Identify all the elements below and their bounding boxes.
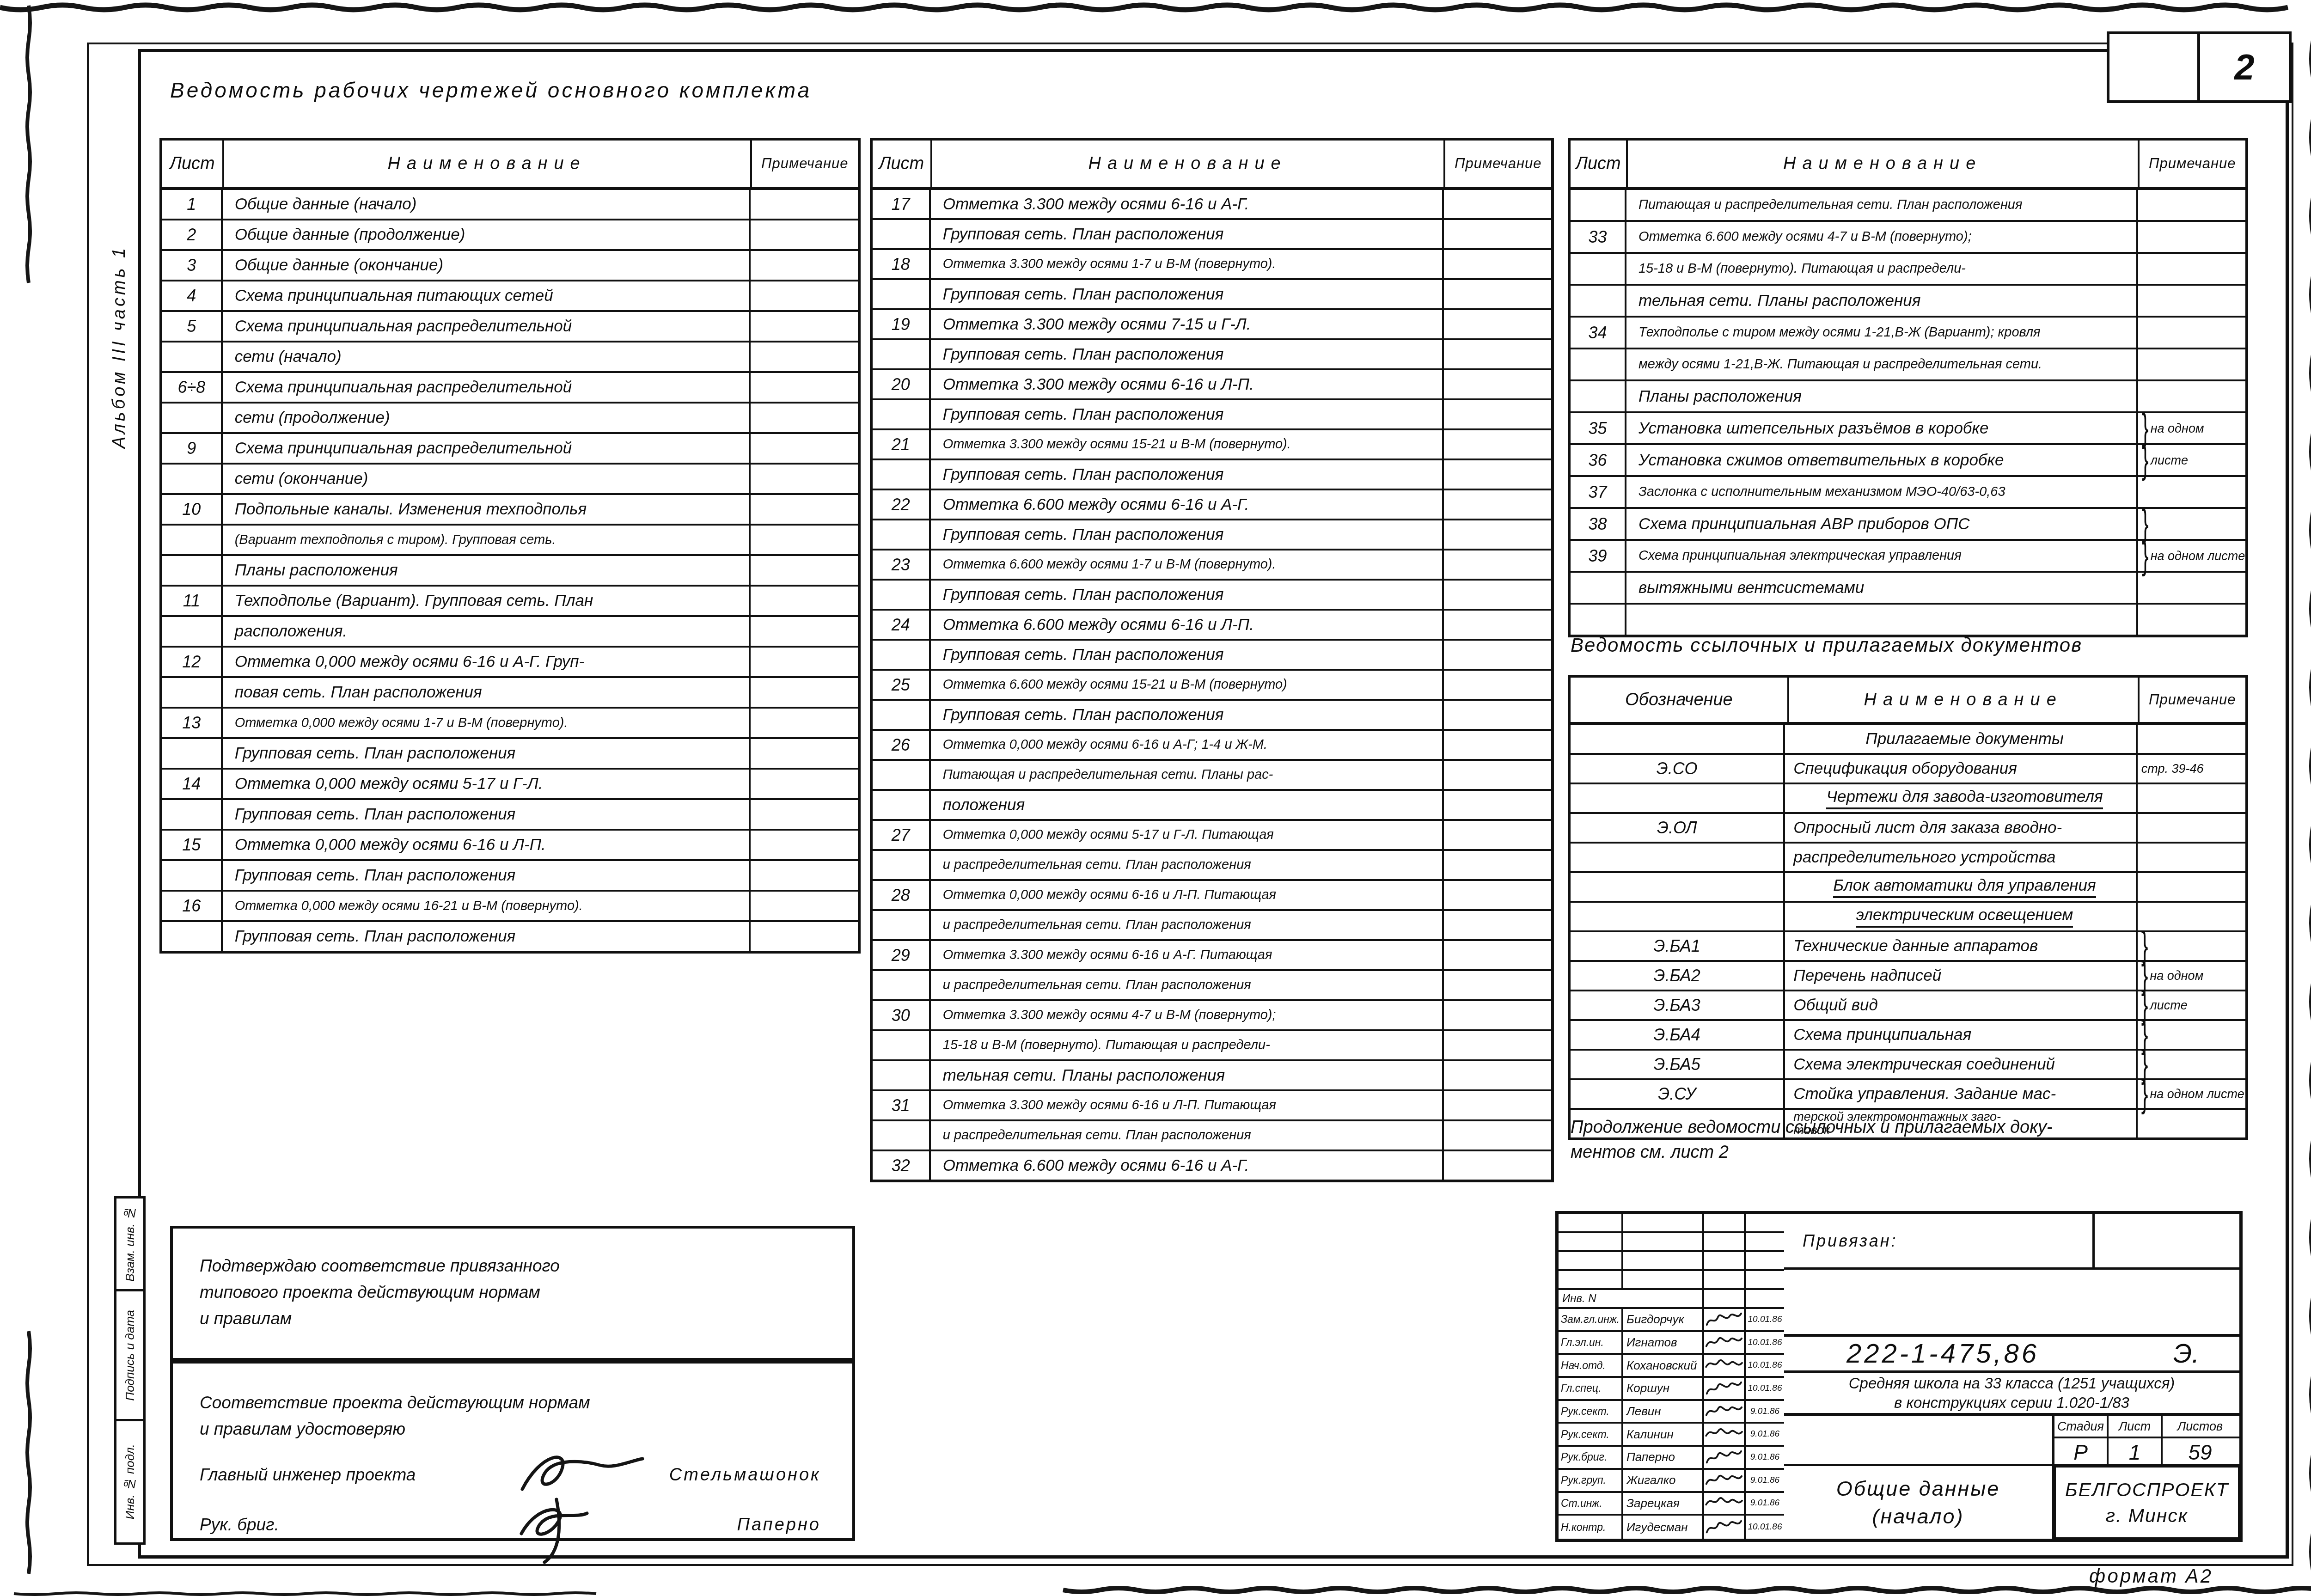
note-cell xyxy=(2138,784,2245,812)
row-text: Схема принципиальная распределительной xyxy=(235,378,572,397)
note-cell xyxy=(1444,310,1551,338)
table-row: 12Отметка 0,000 между осями 6-16 и А-Г. … xyxy=(162,648,858,678)
table-row: распределительного устройства xyxy=(1571,844,2245,873)
table-row: 39Схема принципиальная электрическая упр… xyxy=(1571,541,2245,573)
note-cell xyxy=(751,495,858,524)
sheet-number-cell: 18 xyxy=(873,250,931,278)
table-row: Групповая сеть. План расположения xyxy=(162,922,858,951)
table-row: 19Отметка 3.300 между осями 7-15 и Г-Л. xyxy=(873,310,1551,340)
sheet-number-cell xyxy=(873,460,931,489)
sheet-label: Лист xyxy=(2109,1416,2163,1437)
continuation-note: Продолжение ведомости ссылочных и прилаг… xyxy=(1571,1115,2264,1165)
signature-icon xyxy=(1705,1356,1743,1375)
sheet-number-cell: 39 xyxy=(1571,541,1626,571)
signer-role: Рук.груп. xyxy=(1559,1470,1623,1491)
row-text: Схема принципиальная АВР приборов ОПС xyxy=(1638,515,1970,533)
note-cell xyxy=(1444,250,1551,278)
name-cell: Групповая сеть. План расположения xyxy=(223,800,751,829)
table-row: 15-18 и В-М (повернуто). Питающая и расп… xyxy=(873,1031,1551,1061)
name-cell: Схема принципиальная распределительной xyxy=(223,373,751,402)
note-cell xyxy=(1444,941,1551,969)
table-row: сети (окончание) xyxy=(162,465,858,495)
row-text: Групповая сеть. План расположения xyxy=(943,345,1224,364)
signer-name: Кохановский xyxy=(1623,1355,1704,1376)
note-cell xyxy=(1444,430,1551,459)
note-cell: }на одном xyxy=(2138,962,2245,990)
side-label: Взам. инв. № xyxy=(123,1206,137,1282)
name-cell: между осями 1-21,В-Ж. Питающая и распред… xyxy=(1626,349,2138,379)
note-cell xyxy=(751,190,858,219)
name-cell: Схема принципиальная распределительной xyxy=(223,312,751,341)
table-row: Питающая и распределительная сети. План … xyxy=(1571,190,2245,222)
table-row: Групповая сеть. План расположения xyxy=(873,641,1551,671)
row-text: Отметка 6.600 между осями 6-16 и А-Г. xyxy=(943,1156,1249,1175)
sheet-number-cell xyxy=(162,404,223,432)
row-text: Групповая сеть. План расположения xyxy=(943,225,1224,244)
stamp-signature-row: Н.контр.Игудесман 10.01.86 xyxy=(1559,1516,1784,1539)
table-row: Групповая сеть. План расположения xyxy=(873,400,1551,430)
sheet-number-cell xyxy=(873,1031,931,1059)
row-text: Техподполье с тиром между осями 1-21,В-Ж… xyxy=(1638,325,2041,340)
table-row: 11Техподполье (Вариант). Групповая сеть.… xyxy=(162,587,858,617)
approval-box-project-norms: Соответствие проекта действующим нормам … xyxy=(170,1361,855,1541)
row-text: Групповая сеть. План расположения xyxy=(943,405,1224,424)
stamp-signature-row: Рук.сект.Калинин 9.01.86 xyxy=(1559,1424,1784,1447)
sheet-number-cell xyxy=(1571,903,1785,930)
note-cell xyxy=(1444,761,1551,789)
signature-icon xyxy=(1705,1402,1743,1421)
table-row: Блок автоматики для управления xyxy=(1571,873,2245,903)
stamp-signature-row: Гл.спец.Коршун 10.01.86 xyxy=(1559,1378,1784,1401)
sheet-number-cell: Э.СО xyxy=(1571,755,1785,783)
note-cell xyxy=(751,465,858,493)
row-text: Общие данные (начало) xyxy=(235,195,417,214)
sheet-number-cell: 16 xyxy=(162,892,223,920)
note-cell xyxy=(2138,222,2245,252)
revision-row xyxy=(1559,1233,1784,1252)
stage-sheet-header: Стадия Лист Листов xyxy=(2054,1416,2239,1438)
name-cell: Отметка 0,000 между осями 5-17 и Г-Л. Пи… xyxy=(931,821,1444,849)
name-cell: Отметка 6.600 между осями 6-16 и Л-П. xyxy=(931,611,1444,639)
name-cell: Групповая сеть. План расположения xyxy=(931,460,1444,489)
page-number-box-empty xyxy=(2107,31,2200,103)
note-cell xyxy=(1444,460,1551,489)
side-label: Подпись и дата xyxy=(123,1310,137,1401)
note-cell xyxy=(1444,370,1551,398)
revision-row xyxy=(1559,1271,1784,1290)
row-text: Групповая сеть. План расположения xyxy=(943,465,1224,484)
sheet-number-cell: Э.БА4 xyxy=(1571,1021,1785,1049)
name-cell: Групповая сеть. План расположения xyxy=(931,641,1444,669)
name-cell: Отметка 0,000 между осями 6-16 и А-Г. Гр… xyxy=(223,648,751,676)
row-text: Отметка 3.300 между осями 6-16 и А-Г. xyxy=(943,195,1249,214)
row-text: 15-18 и В-М (повернуто). Питающая и расп… xyxy=(1638,261,1966,276)
sheet-number-cell: 24 xyxy=(873,611,931,639)
table-row: 5Схема принципиальная распределительной xyxy=(162,312,858,342)
name-cell: 15-18 и В-М (повернуто). Питающая и расп… xyxy=(931,1031,1444,1059)
sheet-number-cell xyxy=(162,739,223,768)
note-cell xyxy=(1444,520,1551,549)
torn-edge-line xyxy=(0,5,2288,10)
name-cell: Технические данные аппаратов xyxy=(1785,932,2137,960)
column-header: Лист xyxy=(873,141,932,187)
signer-name: Игнатов xyxy=(1623,1332,1704,1353)
sheets-label: Листов xyxy=(2163,1416,2238,1437)
table-row xyxy=(1571,605,2245,635)
note-cell xyxy=(751,800,858,829)
table-row: 1Общие данные (начало) xyxy=(162,190,858,220)
note-cell xyxy=(1444,971,1551,999)
row-text: Групповая сеть. План расположения xyxy=(235,927,516,946)
sheet-number-cell: 5 xyxy=(162,312,223,341)
stamp-signature-row: Гл.эл.ин.Игнатов 10.01.86 xyxy=(1559,1332,1784,1355)
table-row: 25Отметка 6.600 между осями 15-21 и В-М … xyxy=(873,671,1551,701)
name-cell: Групповая сеть. План расположения xyxy=(223,861,751,890)
name-cell: и распределительная сети. План расположе… xyxy=(931,851,1444,879)
table-row: 31Отметка 3.300 между осями 6-16 и Л-П. … xyxy=(873,1091,1551,1121)
signature-icon xyxy=(1704,1493,1746,1514)
approval-text-line: и правилам удостоверяю xyxy=(200,1416,825,1442)
table-row: 26Отметка 0,000 между осями 6-16 и А-Г; … xyxy=(873,731,1551,761)
sheet-number-cell: 12 xyxy=(162,648,223,676)
bound-label: Привязан: xyxy=(1803,1231,1898,1251)
column-header: Наименование xyxy=(224,141,752,187)
sheet-number-cell: 32 xyxy=(873,1151,931,1180)
revision-cell xyxy=(1559,1252,1623,1269)
table-row: Питающая и распределительная сети. Планы… xyxy=(873,761,1551,791)
row-text: Опросный лист для заказа вводно- xyxy=(1793,819,2062,837)
stage-sheet-cell: Стадия Лист Листов Р 1 59 xyxy=(2054,1416,2239,1466)
sheet-number-cell xyxy=(873,1121,931,1150)
signature-date: 10.01.86 xyxy=(1746,1309,1784,1330)
note-cell xyxy=(2138,903,2245,930)
note-cell: } xyxy=(2138,509,2245,539)
object-name-line: в конструкциях серии 1.020-1/83 xyxy=(1894,1393,2129,1413)
name-cell: вытяжными вентсистемами xyxy=(1626,573,2138,603)
signature-icon xyxy=(1705,1333,1743,1352)
stamp-signature-row: Ст.инж.Зарецкая 9.01.86 xyxy=(1559,1493,1784,1516)
table-row: 29Отметка 3.300 между осями 6-16 и А-Г. … xyxy=(873,941,1551,971)
sheet-number-cell xyxy=(162,526,223,554)
table-row: и распределительная сети. План расположе… xyxy=(873,911,1551,941)
row-text: Отметка 3.300 между осями 6-16 и Л-П. xyxy=(943,375,1254,394)
note-cell: }листе xyxy=(2138,445,2245,475)
table-header-row: ЛистНаименованиеПримечание xyxy=(1571,141,2245,190)
name-cell: Отметка 6.600 между осями 15-21 и В-М (п… xyxy=(931,671,1444,699)
sheet-number-cell: 37 xyxy=(1571,477,1626,507)
signer-role: Рук.бриг. xyxy=(1559,1447,1623,1468)
table-row: между осями 1-21,В-Ж. Питающая и распред… xyxy=(1571,349,2245,381)
table-row: Прилагаемые документы xyxy=(1571,725,2245,755)
row-text: Общие данные (окончание) xyxy=(235,256,443,275)
note-cell xyxy=(2138,844,2245,871)
name-cell: и распределительная сети. План расположе… xyxy=(931,1121,1444,1150)
table-row: 33Отметка 6.600 между осями 4-7 и В-М (п… xyxy=(1571,222,2245,254)
row-text: положения xyxy=(943,796,1025,814)
row-text: Отметка 6.600 между осями 15-21 и В-М (п… xyxy=(943,677,1287,692)
sheet-number-cell: Э.СУ xyxy=(1571,1080,1785,1108)
row-text: Подпольные каналы. Изменения техподполья xyxy=(235,500,587,519)
signer-name: Левин xyxy=(1623,1401,1704,1422)
note-text: на одном листе xyxy=(2150,1088,2244,1101)
sheet-number-cell xyxy=(162,556,223,585)
signature-icon xyxy=(1704,1424,1746,1445)
column-header: Лист xyxy=(1571,141,1628,187)
signer-name: Калинин xyxy=(1623,1424,1704,1445)
row-text: и распределительная сети. План расположе… xyxy=(943,1128,1251,1143)
column-header: Наименование xyxy=(932,141,1445,187)
side-label: Инв. № подл. xyxy=(123,1444,137,1519)
table-row: расположения. xyxy=(162,617,858,648)
sheet-number-cell: 3 xyxy=(162,251,223,280)
note-cell xyxy=(2138,254,2245,284)
sheet-number-cell: 36 xyxy=(1571,445,1626,475)
name-cell: Отметка 3.300 между осями 6-16 и А-Г. Пи… xyxy=(931,941,1444,969)
sheet-number-cell xyxy=(873,791,931,819)
table-row: 28Отметка 0,000 между осями 6-16 и Л-П. … xyxy=(873,881,1551,911)
column-header: Лист xyxy=(162,141,224,187)
row-text: повая сеть. План расположения xyxy=(235,683,482,702)
note-cell xyxy=(1444,1061,1551,1089)
row-text: Групповая сеть. План расположения xyxy=(235,744,516,763)
table-row: Групповая сеть. План расположения xyxy=(873,220,1551,250)
sheet-number-cell: Э.БА1 xyxy=(1571,932,1785,960)
note-text: на одном xyxy=(2150,969,2203,982)
name-cell: Чертежи для завода-изготовителя xyxy=(1785,784,2137,812)
revision-cell xyxy=(1704,1252,1746,1269)
name-cell: Отметка 3.300 между осями 6-16 и Л-П. Пи… xyxy=(931,1091,1444,1119)
name-cell: Перечень надписей xyxy=(1785,962,2137,990)
name-cell: тельная сети. Планы расположения xyxy=(931,1061,1444,1089)
row-text: Схема электрическая соединений xyxy=(1793,1055,2055,1074)
torn-edge-line xyxy=(1063,1588,2311,1592)
table-row: 14Отметка 0,000 между осями 5-17 и Г-Л. xyxy=(162,770,858,800)
signer-row: Главный инженер проекта Стельмашонок xyxy=(200,1458,825,1492)
sheet-number-cell xyxy=(873,340,931,368)
revision-cell xyxy=(1746,1214,1784,1231)
sheet-number-cell: 22 xyxy=(873,490,931,519)
name-cell: Питающая и распределительная сети. Планы… xyxy=(931,761,1444,789)
table-row: 17Отметка 3.300 между осями 6-16 и А-Г. xyxy=(873,190,1551,220)
signer-role: Зам.гл.инж. xyxy=(1559,1309,1623,1330)
name-cell: Отметка 3.300 между осями 7-15 и Г-Л. xyxy=(931,310,1444,338)
row-text: Отметка 6.600 между осями 1-7 и В-М (пов… xyxy=(943,557,1276,572)
name-cell: Групповая сеть. План расположения xyxy=(931,400,1444,428)
row-text: между осями 1-21,В-Ж. Питающая и распред… xyxy=(1638,357,2042,372)
note-cell xyxy=(751,281,858,310)
table-row: 18Отметка 3.300 между осями 1-7 и В-М (п… xyxy=(873,250,1551,280)
table-row: и распределительная сети. План расположе… xyxy=(873,851,1551,881)
note-cell xyxy=(751,587,858,615)
sheet-number-cell: 14 xyxy=(162,770,223,798)
sheet-number-cell xyxy=(873,280,931,308)
table-row: Групповая сеть. План расположения xyxy=(873,340,1551,370)
signature-date: 9.01.86 xyxy=(1746,1424,1784,1445)
revision-cell xyxy=(1746,1252,1784,1269)
signer-role: Рук.сект. xyxy=(1559,1401,1623,1422)
group-brace-icon: } xyxy=(2142,438,2149,482)
name-cell: Техподполье (Вариант). Групповая сеть. П… xyxy=(223,587,751,615)
revision-row: Инв. N xyxy=(1559,1290,1784,1309)
note-cell xyxy=(2138,873,2245,901)
table-row: 30Отметка 3.300 между осями 4-7 и В-М (п… xyxy=(873,1001,1551,1031)
note-cell xyxy=(1444,581,1551,609)
row-text: Отметка 0,000 между осями 6-16 и Л-П. xyxy=(235,836,546,854)
row-text: Групповая сеть. План расположения xyxy=(235,805,516,824)
table-row: Планы расположения xyxy=(162,556,858,587)
drawing-sheet: 2 Альбом III часть 1 Взам. инв. № Подпис… xyxy=(0,0,2311,1596)
row-text: Чертежи для завода-изготовителя xyxy=(1826,788,2103,809)
name-cell: Групповая сеть. План расположения xyxy=(931,520,1444,549)
sheet-number-cell xyxy=(1571,844,1785,871)
table-header-row: ОбозначениеНаименованиеПримечание xyxy=(1571,678,2245,725)
note-cell xyxy=(1444,701,1551,729)
signature-icon xyxy=(514,1495,620,1564)
name-cell: распределительного устройства xyxy=(1785,844,2137,871)
note-cell xyxy=(751,739,858,768)
name-cell: Отметка 0,000 между осями 6-16 и Л-П. xyxy=(223,831,751,859)
note-cell: } xyxy=(2138,1051,2245,1078)
approval-text-line: Подтверждаю соответствие привязанного xyxy=(200,1253,825,1279)
signature-icon xyxy=(1704,1332,1746,1353)
row-text: сети (продолжение) xyxy=(235,409,390,427)
name-cell: Общий вид xyxy=(1785,991,2137,1019)
row-text: Отметка 0,000 между осями 6-16 и А-Г. Гр… xyxy=(235,653,585,671)
note-cell xyxy=(751,922,858,951)
note-cell xyxy=(1444,641,1551,669)
stage-sheet-values: Р 1 59 xyxy=(2054,1438,2239,1466)
sheet-number-cell xyxy=(162,678,223,707)
sheet-number-cell xyxy=(873,761,931,789)
page-number: 2 xyxy=(2234,46,2254,88)
name-cell: Спецификация оборудования xyxy=(1785,755,2137,783)
revision-cell xyxy=(1746,1233,1784,1250)
sheet-number-cell: Э.БА3 xyxy=(1571,991,1785,1019)
stamp-signature-row: Нач.отд.Кохановский 10.01.86 xyxy=(1559,1355,1784,1378)
sheet-number-cell: 20 xyxy=(873,370,931,398)
signer-name: Коршун xyxy=(1623,1378,1704,1399)
note-text: стр. 39-46 xyxy=(2141,762,2204,775)
signature-date: 10.01.86 xyxy=(1746,1378,1784,1399)
revision-cell xyxy=(1559,1271,1623,1288)
table-row: 20Отметка 3.300 между осями 6-16 и Л-П. xyxy=(873,370,1551,400)
name-cell: и распределительная сети. План расположе… xyxy=(931,911,1444,939)
side-box-vzam-inv: Взам. инв. № xyxy=(114,1196,146,1291)
note-cell: } xyxy=(2138,1021,2245,1049)
row-text: Общие данные (продолжение) xyxy=(235,226,465,244)
column-header: Наименование xyxy=(1789,678,2140,722)
note-cell xyxy=(1444,851,1551,879)
note-cell xyxy=(1444,731,1551,759)
table-row: 24Отметка 6.600 между осями 6-16 и Л-П. xyxy=(873,611,1551,641)
table-row: Групповая сеть. План расположения xyxy=(162,739,858,770)
note-cell xyxy=(751,526,858,554)
side-box-podpis-data: Подпись и дата xyxy=(114,1289,146,1421)
revision-grid: Инв. N xyxy=(1559,1214,1784,1309)
name-cell: Общие данные (продолжение) xyxy=(223,220,751,249)
name-cell: Техподполье с тиром между осями 1-21,В-Ж… xyxy=(1626,318,2138,348)
stamp-signature-row: Рук.бриг.Паперно 9.01.86 xyxy=(1559,1447,1784,1470)
note-cell xyxy=(751,831,858,859)
row-text: и распределительная сети. План расположе… xyxy=(943,978,1251,993)
empty-cell xyxy=(2095,1214,2239,1270)
revision-row xyxy=(1559,1252,1784,1271)
table-row: 22Отметка 6.600 между осями 6-16 и А-Г. xyxy=(873,490,1551,520)
revision-cell xyxy=(1623,1233,1704,1250)
signer-name: Паперно xyxy=(1623,1447,1704,1468)
table-row: Групповая сеть. План расположения xyxy=(873,520,1551,550)
note-cell: стр. 39-46 xyxy=(2138,755,2245,783)
sheet-number-cell xyxy=(1571,286,1626,316)
row-text: Групповая сеть. План расположения xyxy=(235,866,516,885)
sheet-number-cell: 31 xyxy=(873,1091,931,1119)
note-text: на одном xyxy=(2151,422,2204,435)
sheet-number-cell xyxy=(162,861,223,890)
table-row: 15-18 и В-М (повернуто). Питающая и расп… xyxy=(1571,254,2245,286)
signer-role: Ст.инж. xyxy=(1559,1493,1623,1514)
column-header: Примечание xyxy=(2140,678,2245,722)
album-side-label: Альбом III часть 1 xyxy=(105,69,133,624)
signer-name: Жигалко xyxy=(1623,1470,1704,1491)
note-cell xyxy=(2138,605,2245,635)
name-cell: Общие данные (окончание) xyxy=(223,251,751,280)
note-cell xyxy=(751,648,858,676)
worksheet-index-table-3: ЛистНаименованиеПримечаниеПитающая и рас… xyxy=(1568,138,2248,637)
continuation-note-line: ментов см. лист 2 xyxy=(1571,1140,2264,1165)
sheet-number-cell: 28 xyxy=(873,881,931,909)
table-row: Групповая сеть. План расположения xyxy=(873,280,1551,310)
table-row: 27Отметка 0,000 между осями 5-17 и Г-Л. … xyxy=(873,821,1551,851)
table-row: 23Отметка 6.600 между осями 1-7 и В-М (п… xyxy=(873,550,1551,581)
signer-role: Рук.сект. xyxy=(1559,1424,1623,1445)
revision-cell xyxy=(1746,1271,1784,1288)
signature-date: 9.01.86 xyxy=(1746,1401,1784,1422)
signature-icon xyxy=(1704,1355,1746,1376)
name-cell: Отметка 3.300 между осями 6-16 и Л-П. xyxy=(931,370,1444,398)
row-text: Групповая сеть. План расположения xyxy=(943,706,1224,724)
row-text: и распределительная сети. План расположе… xyxy=(943,917,1251,933)
table-row: 21Отметка 3.300 между осями 15-21 и В-М … xyxy=(873,430,1551,460)
project-code: 222-1-475,86 xyxy=(1784,1338,2039,1369)
inventory-number-label: Инв. N xyxy=(1559,1290,1704,1307)
sheet-number-cell xyxy=(1571,381,1626,411)
sheet-number-cell: 26 xyxy=(873,731,931,759)
sheet-number-cell: 38 xyxy=(1571,509,1626,539)
row-text: Техподполье (Вариант). Групповая сеть. П… xyxy=(235,592,593,610)
name-cell: Отметка 0,000 между осями 6-16 и А-Г; 1-… xyxy=(931,731,1444,759)
bound-label-cell: Привязан: xyxy=(1784,1214,2095,1270)
name-cell: Групповая сеть. План расположения xyxy=(931,220,1444,248)
signer-name: Зарецкая xyxy=(1623,1493,1704,1514)
table-row: (Вариант техподполья с тиром). Групповая… xyxy=(162,526,858,556)
table-row: тельная сети. Планы расположения xyxy=(1571,286,2245,318)
sheet-number-cell: 30 xyxy=(873,1001,931,1029)
signer-role: Гл.эл.ин. xyxy=(1559,1332,1623,1353)
sheet-number-cell xyxy=(1571,873,1785,901)
note-cell xyxy=(1444,220,1551,248)
torn-edge-line xyxy=(27,6,30,283)
table-row: 32Отметка 6.600 между осями 6-16 и А-Г. xyxy=(873,1151,1551,1180)
torn-edge-line xyxy=(14,1593,596,1595)
row-text: и распределительная сети. План расположе… xyxy=(943,857,1251,873)
table-row: 2Общие данные (продолжение) xyxy=(162,220,858,251)
signature-icon xyxy=(1705,1310,1743,1329)
row-text: Схема принципиальная распределительной xyxy=(235,317,572,336)
sheet-number-cell: 13 xyxy=(162,709,223,737)
sheet-number-cell xyxy=(1571,784,1785,812)
name-cell: Схема электрическая соединений xyxy=(1785,1051,2137,1078)
table-row: Э.ОЛОпросный лист для заказа вводно- xyxy=(1571,814,2245,844)
